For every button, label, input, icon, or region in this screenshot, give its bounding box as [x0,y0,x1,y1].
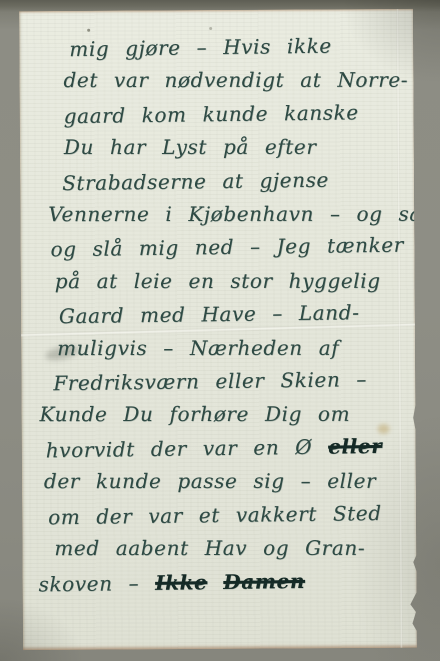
line-text: mig gjøre – Hvis ikke [69,34,332,61]
line-text: og slå mig ned – Jeg tænker [50,233,404,262]
handwriting-line: det var nødvendigt at Norre- [63,64,405,98]
line-text: hvorvidt der var en Ø [46,434,329,462]
handwriting-line: Strabadserne at gjense [62,162,406,200]
line-text: gaard kom kunde kanske [64,100,359,128]
handwriting-line: Gaard med Have – Land- [59,296,407,334]
handwriting-line: Vennerne i Kjøbenhavn – og samles [48,198,406,232]
line-text: Fredriksværn eller Skien – [53,367,367,395]
struck-word: eller [328,434,382,459]
handwriting-line: Fredriksværn eller Skien – [53,363,407,401]
handwriting-line: om der var et vakkert Sted [48,496,408,534]
line-text: med aabent Hav og Gran- [54,536,365,560]
handwriting-line: Kunde Du forhøre Dig om [40,398,408,432]
line-text: skoven – [38,570,155,596]
line-text: det var nødvendigt at Norre- [63,68,408,92]
handwriting-line: skoven – IkkeDamen [38,563,408,601]
struck-word: Ikke [155,570,208,595]
handwriting-line: gaard kom kunde kanske [63,95,405,133]
line-text: muligvis – Nærheden af [57,335,339,359]
line-text: Gaard med Have – Land- [59,301,360,329]
handwriting-line: mig gjøre – Hvis ikke [69,29,405,67]
letter-paper: mig gjøre – Hvis ikke det var nødvendigt… [19,9,417,650]
line-text: Du har Lyst på efter [64,135,317,159]
line-text: Vennerne i Kjøbenhavn – og samles [48,202,440,226]
handwriting-line: muligvis – Nærheden af [57,331,407,365]
line-text: der kunde passe sig – eller [44,469,376,493]
photo-backdrop: mig gjøre – Hvis ikke det var nødvendigt… [0,0,440,661]
handwriting-line: og slå mig ned – Jeg tænker [50,229,406,267]
line-text: Kunde Du forhøre Dig om [40,402,351,426]
handwriting-line: på at leie en stor hyggelig [55,265,407,299]
handwriting-line: hvorvidt der var en Ø eller [46,429,408,467]
handwriting-line: der kunde passe sig – eller [44,465,408,499]
handwriting-line: med aabent Hav og Gran- [54,532,408,566]
line-text: Strabadserne at gjense [62,167,329,194]
line-text: om der var et vakkert Sted [48,501,382,529]
line-text: på at leie en stor hyggelig [55,269,381,293]
handwriting: mig gjøre – Hvis ikke det var nødvendigt… [19,9,417,600]
handwriting-line: Du har Lyst på efter [64,131,406,165]
struck-word: Damen [223,568,305,593]
